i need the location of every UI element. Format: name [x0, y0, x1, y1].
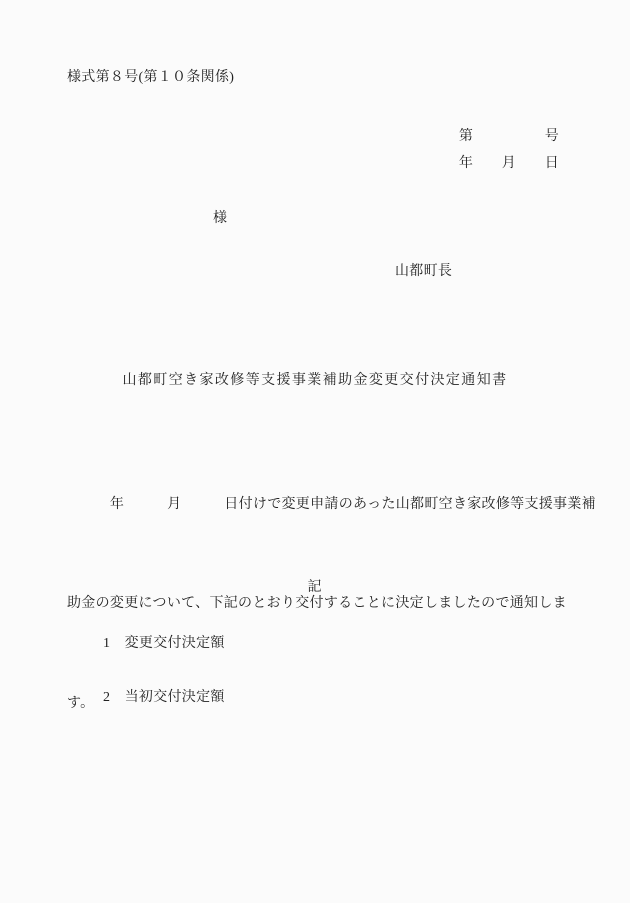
- list-item-changed-grant-amount: 1 変更交付決定額: [68, 635, 225, 652]
- document-title: 山都町空き家改修等支援事業補助金変更交付決定通知書: [0, 372, 630, 389]
- date-line: 年 月 日: [459, 155, 559, 172]
- list-item-initial-grant-amount: 2 当初交付決定額: [68, 689, 225, 706]
- addressee-honorific: 様: [213, 210, 227, 227]
- document-number-line: 第 号: [459, 128, 559, 145]
- sender-title: 山都町長: [395, 263, 452, 280]
- document-page: 様式第８号(第１０条関係) 第 号 年 月 日 様 山都町長 山都町空き家改修等…: [0, 0, 630, 903]
- ki-heading: 記: [0, 579, 630, 596]
- body-line-1: 年 月 日付けで変更申請のあった山都町空き家改修等支援事業補: [67, 488, 572, 521]
- form-number-label: 様式第８号(第１０条関係): [67, 69, 234, 86]
- body-paragraph: 年 月 日付けで変更申請のあった山都町空き家改修等支援事業補 助金の変更について…: [67, 421, 572, 787]
